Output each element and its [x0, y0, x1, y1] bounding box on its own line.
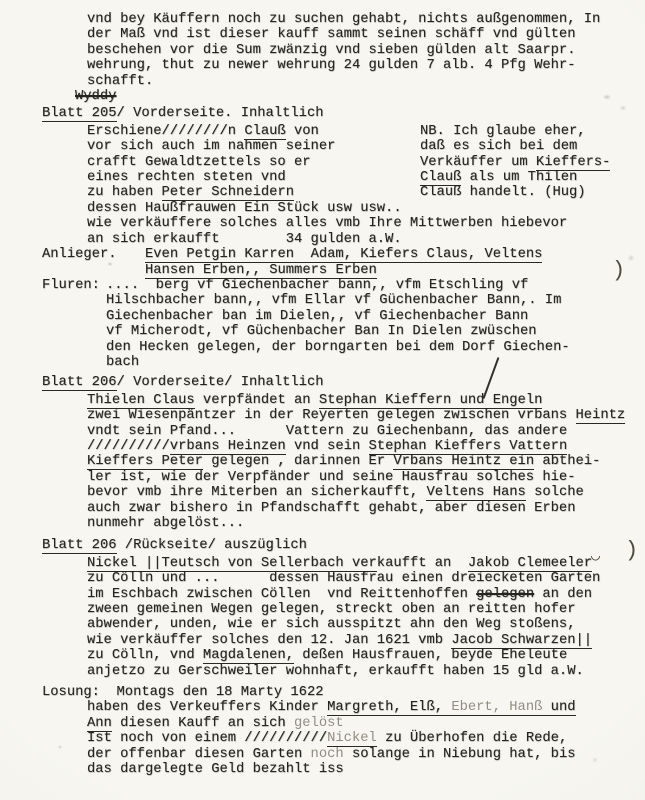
- text-line: den Hecken gelegen, der borngarten bei d…: [106, 340, 645, 355]
- text-line: ler ist, wie der Verpfänder und seine Ha…: [87, 470, 645, 485]
- text-line: Losung: Montags den 18 Marty 1622: [42, 685, 645, 700]
- text-line: im Eschbach zwischen Cöllen vnd Reittenh…: [87, 587, 645, 602]
- text-segment: abwender, unden, wie er sich ausspitzt a…: [87, 617, 576, 632]
- text-segment: zween gemeinen Wegen gelegen, streckt ob…: [87, 602, 576, 617]
- intro-paragraph: vnd bey Käuffern noch zu suchen gehabt, …: [87, 12, 645, 89]
- text-segment: Clauß handelt. (Hug): [420, 185, 586, 200]
- text-segment: an den: [534, 587, 592, 602]
- text-line: Ann diesen Kauff an sich gelöst: [87, 716, 645, 731]
- text-line: beschehen vor die Sum zwänzig vnd sieben…: [87, 43, 645, 58]
- text-segment: Hilschbacher bann,, vfm Ellar vf Güchenb…: [106, 293, 561, 308]
- text-segment: wie verkäuffere solches alles vmb Ihre M…: [87, 216, 567, 231]
- text-line: daß es sich bei dem: [420, 139, 610, 154]
- text-segment: bach: [106, 355, 139, 370]
- text-segment: deßen Hausfrauen, beyde Eheleute: [294, 648, 567, 663]
- underlined-text: Clauß: [244, 124, 285, 140]
- underlined-text: Nickel ||Teutsch von Sellerbach ver: [87, 556, 377, 572]
- underlined-text: Blatt 206: [42, 538, 117, 554]
- underlined-text: Jacob Schwarzen||: [451, 633, 592, 649]
- fluren-row: Fluren: .... berg vf Giechenbacher bann,…: [42, 278, 645, 370]
- entry-205-continued: dessen Haußfrauwen Ein Stück usw usw..wi…: [87, 201, 645, 247]
- blatt-206-rueckseite-header: Blatt 206 /Rückseite/ auszüglich: [42, 538, 645, 553]
- text-line: an sich erkaufft 34 gulden a.W.: [87, 232, 645, 247]
- text-line: der offenbar diesen Garten noch solange …: [87, 747, 645, 762]
- text-line: Thielen Claus verpfändet an Stephan Kief…: [87, 393, 645, 408]
- text-line: Even Petgin Karren Adam, Kiefers Claus, …: [145, 247, 645, 262]
- underlined-text: Veltens Hans: [426, 485, 525, 501]
- losung-paragraph: Losung: Montags den 18 Marty 1622haben d…: [42, 685, 645, 777]
- text-line: zu haben Peter Schneidern: [87, 185, 420, 200]
- text-segment: das dargelegte Geld bezahlt iss: [87, 762, 344, 777]
- underlined-text: Jakob Clemeeler: [468, 556, 592, 572]
- text-line: crafft Gewaldtzettels so er: [87, 155, 420, 170]
- underlined-text: Heintz: [576, 408, 626, 424]
- underlined-text: Thielen Claus: [87, 393, 195, 409]
- anlieger-label: Anlieger.: [42, 247, 117, 262]
- anlieger-row: Anlieger. Even Petgin Karren Adam, Kiefe…: [42, 247, 645, 278]
- text-segment: den Hecken gelegen, der borngarten bei d…: [106, 340, 570, 355]
- text-segment: beschehen vor die Sum zwänzig vnd sieben…: [87, 43, 576, 58]
- text-segment: haben des Verkeuffers Kinder: [87, 700, 327, 715]
- underlined-text: Vrbans Heintz ein: [393, 454, 534, 470]
- text-line: Wyddy: [75, 89, 645, 104]
- underlined-text: Margreth, Elß,: [327, 700, 451, 716]
- text-segment: daß es sich bei dem: [420, 139, 577, 154]
- text-line: abwender, unden, wie er sich ausspitzt a…: [87, 617, 645, 632]
- anlieger-names: Even Petgin Karren Adam, Kiefers Claus, …: [145, 247, 645, 278]
- text-line: wie verkäuffere solches alles vmb Ihre M…: [87, 216, 645, 231]
- text-segment: crafft Gewaldtzettels so er: [87, 155, 311, 170]
- underlined-text: Blatt 205: [42, 106, 117, 122]
- text-segment: abthei-: [534, 454, 600, 469]
- text-line: nunmehr abgelöst...: [87, 516, 645, 531]
- text-segment: diesen Kauff an sich: [112, 716, 294, 731]
- underlined-text: Ann: [87, 716, 112, 732]
- entry-206-vorderseite-text: Thielen Claus verpfändet an Stephan Kief…: [87, 393, 645, 532]
- text-line: eines rechten steten vnd: [87, 170, 420, 185]
- entry-206-rueckseite-text: Nickel ||Teutsch von Sellerbach verkauff…: [87, 556, 645, 679]
- text-segment: gelöst: [294, 716, 344, 731]
- text-segment: / Vorderseite/ Inhaltlich: [117, 375, 324, 390]
- text-line: Giechenbacher ban im Dielen,, vf Giechen…: [106, 309, 645, 324]
- text-line: Ist noch von einem //////////Nickel zu Ü…: [87, 731, 645, 746]
- text-segment: schafft.: [87, 74, 153, 89]
- text-segment: //////////: [87, 439, 170, 454]
- struck-out-word: Wyddy: [75, 89, 645, 104]
- underlined-text: vrbans Heinzen: [170, 439, 286, 455]
- text-segment: im Eschbach zwischen Cöllen vnd Reittenh…: [87, 587, 476, 602]
- blatt-205-header: Blatt 205/ Vorderseite. Inhaltlich: [42, 106, 645, 121]
- text-line: Blatt 206/ Vorderseite/ Inhaltlich: [42, 375, 645, 390]
- text-line: zween gemeinen Wegen gelegen, streckt ob…: [87, 602, 645, 617]
- text-line: zwei Wiesenpäntzer in der Reyerten geleg…: [87, 408, 645, 423]
- text-line: dessen Haußfrauwen Ein Stück usw usw..: [87, 201, 645, 216]
- text-segment: Losung: Montags den 18 Marty 1622: [42, 685, 324, 700]
- text-line: zu Cölln, vnd Magdalenen, deßen Hausfrau…: [87, 648, 645, 663]
- text-segment: gelegen , darinnen Er: [203, 454, 393, 469]
- text-segment: Erschiene////////n: [87, 124, 244, 139]
- text-segment: vnd sein: [286, 439, 369, 454]
- underlined-text: Kieffers Peter: [87, 454, 203, 470]
- text-line: vf Micherodt, vf Güchenbacher Ban In Die…: [106, 324, 645, 339]
- text-segment: zu Cölln, vnd: [87, 648, 203, 663]
- underlined-text: Stephan Kieffern und Engeln: [319, 393, 543, 409]
- handwritten-paren-mark: ): [625, 540, 638, 562]
- text-segment: zwei Wiesenpäntzer in der Reyerten geleg…: [87, 408, 576, 423]
- text-segment: Giechenbacher ban im Dielen,, vf Giechen…: [106, 309, 528, 324]
- text-segment: von: [286, 124, 319, 139]
- text-segment: zu Cölln und ... dessen Hausfrau einen d…: [87, 571, 600, 586]
- text-segment: Ist noch von einem //////////: [87, 731, 327, 746]
- text-line: Erschiene////////n Clauß von: [87, 124, 420, 139]
- text-segment: vnd bey Käuffern noch zu suchen gehabt, …: [87, 12, 600, 27]
- text-line: auch zwar bishero in Pfandschafft gehabt…: [87, 501, 645, 516]
- text-segment: ler ist, wie der Verpfänder und seine Ha…: [87, 470, 576, 485]
- text-segment: als um Thilen: [461, 170, 577, 185]
- underlined-text: Summers Erben: [269, 263, 377, 279]
- text-segment: nunmehr abgelöst...: [87, 516, 244, 531]
- underlined-text: Clauß: [420, 170, 461, 186]
- underlined-text: Kieffers-: [536, 155, 611, 171]
- text-line: vnd bey Käuffern noch zu suchen gehabt, …: [87, 12, 645, 27]
- text-line: wehrung, thut zu newer wehrung 24 gulden…: [87, 58, 645, 73]
- text-line: Kieffers Peter gelegen , darinnen Er Vrb…: [87, 454, 645, 469]
- underlined-text: Hansen Erben,,: [145, 263, 269, 279]
- text-segment: noch: [311, 747, 344, 762]
- text-line: wie verkäuffer solches den 12. Jan 1621 …: [87, 633, 645, 648]
- underlined-text: Magdalenen,: [203, 648, 294, 664]
- text-line: schafft.: [87, 74, 645, 89]
- nb-margin-note: NB. Ich glaube eher,daß es sich bei demV…: [420, 124, 610, 201]
- text-segment: der Maß vnd ist dieser kauff sammt seine…: [87, 27, 576, 42]
- text-line: Hansen Erben,, Summers Erben: [145, 263, 645, 278]
- struck-text: Wyddy: [75, 89, 116, 104]
- text-segment: auch zwar bishero in Pfandschafft gehabt…: [87, 501, 576, 516]
- text-segment: NB. Ich glaube eher,: [420, 124, 586, 139]
- text-segment: wehrung, thut zu newer wehrung 24 gulden…: [87, 58, 576, 73]
- struck-text: gelegen: [476, 587, 534, 602]
- text-line: Blatt 206 /Rückseite/ auszüglich: [42, 538, 645, 553]
- text-line: Verkäuffer um Kieffers-: [420, 155, 610, 170]
- text-line: haben des Verkeuffers Kinder Margreth, E…: [87, 700, 645, 715]
- underlined-text: Even Petgin Karren Adam, Kiefers Claus, …: [145, 247, 542, 263]
- underlined-text: Stephan Kieffers Vattern: [369, 439, 568, 455]
- text-segment: wie verkäuffer solches den 12. Jan 1621 …: [87, 633, 451, 648]
- text-line: Hilschbacher bann,, vfm Ellar vf Güchenb…: [106, 293, 645, 308]
- text-segment: anjetzo zu Gerschweiler wohnhaft, erkauf…: [87, 664, 584, 679]
- text-segment: bevor vmb ihre Miterben an sicherkaufft,: [87, 485, 426, 500]
- text-segment: vndt sein Pfand... Vattern zu Giechenban…: [87, 424, 567, 439]
- text-segment: eines rechten steten vnd: [87, 170, 286, 185]
- text-segment: kaufft an: [377, 556, 468, 571]
- text-segment: der offenbar diesen Garten: [87, 747, 311, 762]
- underlined-text: Peter Schneidern: [162, 185, 294, 201]
- text-line: Nickel ||Teutsch von Sellerbach verkauff…: [87, 556, 645, 571]
- blatt-206-vorderseite-header: Blatt 206/ Vorderseite/ Inhaltlich: [42, 375, 645, 390]
- entry-205-text: Erschiene////////n Clauß vonvor sich auc…: [87, 124, 420, 201]
- fluren-list: .... berg vf Giechenbacher bann,, vfm Et…: [106, 278, 645, 370]
- text-segment: dessen Haußfrauwen Ein Stück usw usw..: [87, 201, 402, 216]
- fluren-label: Fluren:: [42, 278, 100, 293]
- text-segment: verpfändet an: [195, 393, 319, 408]
- text-segment: solange in Niebung hat, bis: [344, 747, 576, 762]
- text-line: bevor vmb ihre Miterben an sicherkaufft,…: [87, 485, 645, 500]
- text-line: der Maß vnd ist dieser kauff sammt seine…: [87, 27, 645, 42]
- text-segment: zu Überhofen die Rede,: [377, 731, 567, 746]
- text-line: .... berg vf Giechenbacher bann,, vfm Et…: [106, 278, 645, 293]
- text-line: das dargelegte Geld bezahlt iss: [87, 762, 645, 777]
- text-segment: .... berg vf Giechenbacher bann,, vfm Et…: [106, 278, 528, 293]
- text-segment: / Vorderseite. Inhaltlich: [117, 106, 324, 121]
- text-line: vndt sein Pfand... Vattern zu Giechenban…: [87, 424, 645, 439]
- text-segment: /Rückseite/ auszüglich: [117, 538, 307, 553]
- underlined-text: Blatt 206: [42, 375, 117, 391]
- underlined-text: Nickel: [327, 731, 377, 747]
- text-line: //////////vrbans Heinzen vnd sein Stepha…: [87, 439, 645, 454]
- text-line: vor sich auch im nahmen seiner: [87, 139, 420, 154]
- text-line: Clauß als um Thilen: [420, 170, 610, 185]
- text-segment: Verkäuffer um: [420, 155, 536, 170]
- text-line: NB. Ich glaube eher,: [420, 124, 610, 139]
- text-line: anjetzo zu Gerschweiler wohnhaft, erkauf…: [87, 664, 645, 679]
- handwritten-curve-mark: ◡: [591, 549, 600, 564]
- text-segment: solche: [526, 485, 584, 500]
- text-line: Clauß handelt. (Hug): [420, 185, 610, 200]
- scanned-document-page: vnd bey Käuffern noch zu suchen gehabt, …: [0, 0, 645, 800]
- handwritten-paren-mark: ): [612, 260, 625, 282]
- underlined-text: Ebert, Hanß: [451, 700, 542, 716]
- text-segment: vor sich auch im nahmen seiner: [87, 139, 335, 154]
- text-segment: an sich erkaufft 34 gulden a.W.: [87, 232, 402, 247]
- text-line: Blatt 205/ Vorderseite. Inhaltlich: [42, 106, 645, 121]
- text-line: bach: [106, 355, 645, 370]
- text-line: zu Cölln und ... dessen Hausfrau einen d…: [87, 571, 645, 586]
- text-segment: vf Micherodt, vf Güchenbacher Ban In Die…: [106, 324, 537, 339]
- text-segment: zu haben: [87, 185, 162, 200]
- underlined-text: und: [542, 700, 575, 716]
- entry-205-columns: Erschiene////////n Clauß vonvor sich auc…: [42, 124, 645, 201]
